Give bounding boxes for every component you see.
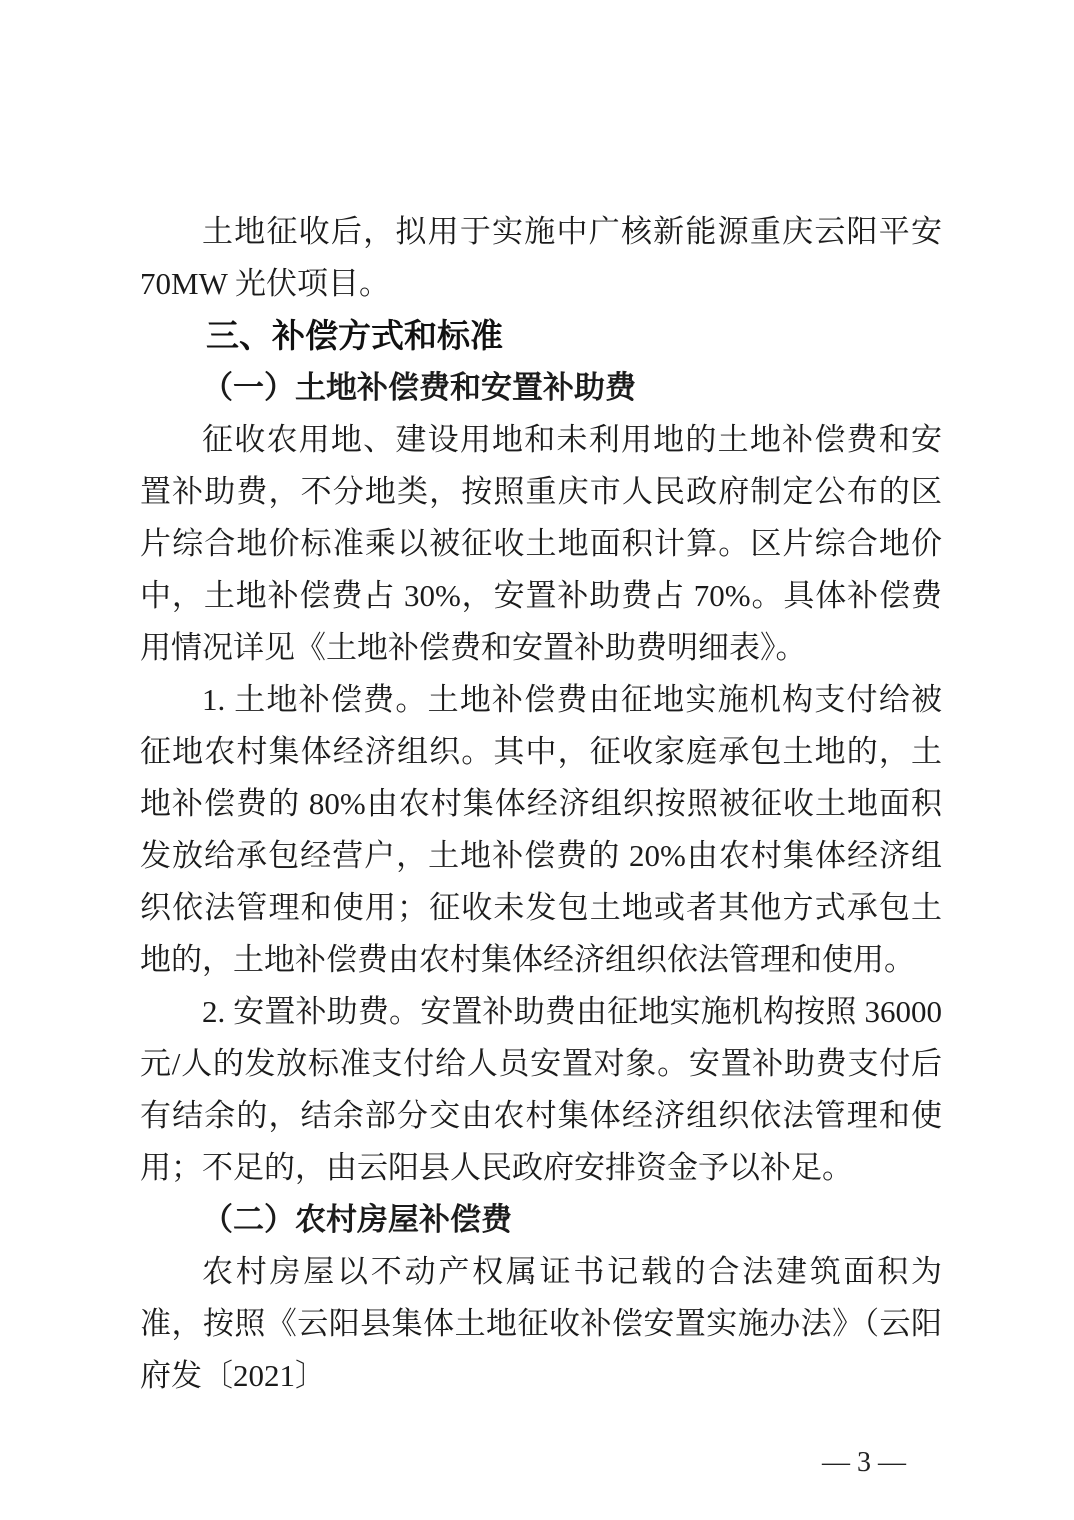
body-paragraph-comprehensive-price: 征收农用地、建设用地和未利用地的土地补偿费和安置补助费，不分地类，按照重庆市人民… [140, 414, 942, 674]
document-body: 土地征收后，拟用于实施中广核新能源重庆云阳平安 70MW 光伏项目。 三、补偿方… [140, 206, 942, 1402]
subsection-heading-land-compensation: （一）土地补偿费和安置补助费 [140, 362, 942, 414]
body-paragraph-project-use: 土地征收后，拟用于实施中广核新能源重庆云阳平安 70MW 光伏项目。 [140, 206, 942, 310]
subsection-heading-rural-housing: （二）农村房屋补偿费 [140, 1194, 942, 1246]
document-page: 土地征收后，拟用于实施中广核新能源重庆云阳平安 70MW 光伏项目。 三、补偿方… [0, 0, 1074, 1520]
page-number: — 3 — [822, 1447, 906, 1479]
body-paragraph-rural-housing: 农村房屋以不动产权属证书记载的合法建筑面积为准，按照《云阳县集体土地征收补偿安置… [140, 1246, 942, 1402]
body-paragraph-land-compensation-fee: 1. 土地补偿费。土地补偿费由征地实施机构支付给被征地农村集体经济组织。其中，征… [140, 674, 942, 986]
body-paragraph-resettlement-subsidy: 2. 安置补助费。安置补助费由征地实施机构按照 36000 元/人的发放标准支付… [140, 986, 942, 1194]
section-heading-compensation-method: 三、补偿方式和标准 [140, 310, 942, 362]
